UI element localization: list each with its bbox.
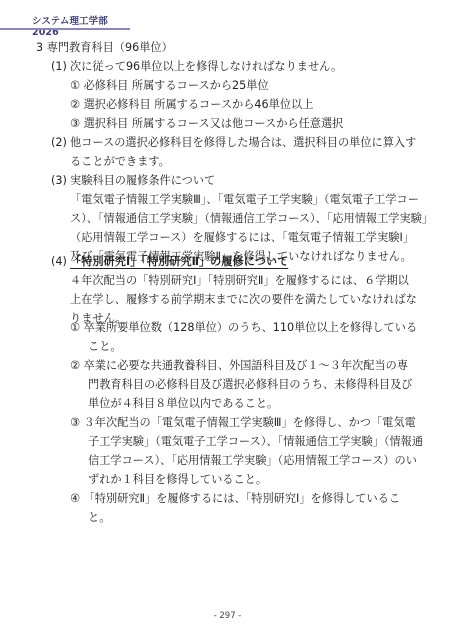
section-heading: 3 専門教育科目（96単位） [36,40,173,56]
req-4-line-1: ④ 「特別研究Ⅱ」を履修するには、「特別研究Ⅰ」を修得しているこ [70,491,400,507]
item-2-label: (2) [51,135,67,151]
page-header: システム理工学部 2026 [0,13,130,31]
req-3-line-1: ③ ３年次配当の「電気電子情報工学実験Ⅲ」を修得し、かつ「電気電 [70,415,416,431]
item-3-label: (3) [51,173,67,189]
item-1-label: (1) [51,59,67,75]
header-title: システム理工学部 2026 [32,13,130,38]
item-3-title: 実験科目の履修条件について [70,173,215,189]
item-1-sub-2: ② 選択必修科目 所属するコースから46単位以上 [70,97,313,113]
item-3-line-1: 「電気電子情報工学実験Ⅲ」、「電気電子工学実験」（電気電子工学コー [70,192,419,208]
item-4-label: (4) [51,254,67,270]
item-2-line-2: ることができます。 [70,154,170,170]
page-number: - 297 - [0,611,455,621]
req-3-line-2: 子工学実験」（電気電子工学コース）、「情報通信工学実験」（情報通 [88,434,423,450]
req-2-line-3: 単位が４科目８単位以内であること。 [88,396,278,412]
item-1-sub-3: ③ 選択科目 所属するコース又は他コースから任意選択 [70,116,343,132]
req-1-line-1: ① 卒業所要単位数（128単位）のうち、110単位以上を修得している [70,320,417,336]
item-1-text: 次に従って96単位以上を修得しなければなりません。 [70,59,342,75]
req-3-line-4: ずれか１科目を修得していること。 [88,472,267,488]
item-1-sub-1: ① 必修科目 所属するコースから25単位 [70,78,269,94]
item-2-line-1: 他コースの選択必修科目を修得した場合は、選択科目の単位に算入す [70,135,416,151]
item-4-line-2: 上在学し、履修する前学期末までに次の要件を満たしていなければな [70,292,417,308]
item-4-line-1: ４年次配当の「特別研究Ⅰ」「特別研究Ⅱ」を履修するには、６学期以 [70,273,409,289]
item-4-title: 「特別研究Ⅰ」「特別研究Ⅱ」の履修について [70,254,288,270]
item-3-line-3: （応用情報工学コース）を履修するには、「電気電子情報工学実験Ⅰ」 [70,230,414,246]
req-2-line-2: 門教育科目の必修科目及び選択必修科目のうち、未修得科目及び [88,377,412,393]
req-3-line-3: 信工学コース）、「応用情報工学実験」（応用情報工学コース）のい [88,453,417,469]
req-2-line-1: ② 卒業に必要な共通教養科目、外国語科目及び１～３年次配当の専 [70,358,408,374]
item-3-line-2: ス）、「情報通信工学実験」（情報通信工学コース）、「応用情報工学実験」 [70,211,433,227]
header-rule [0,28,130,30]
req-1-line-2: こと。 [88,339,122,355]
req-4-line-2: と。 [88,510,110,526]
